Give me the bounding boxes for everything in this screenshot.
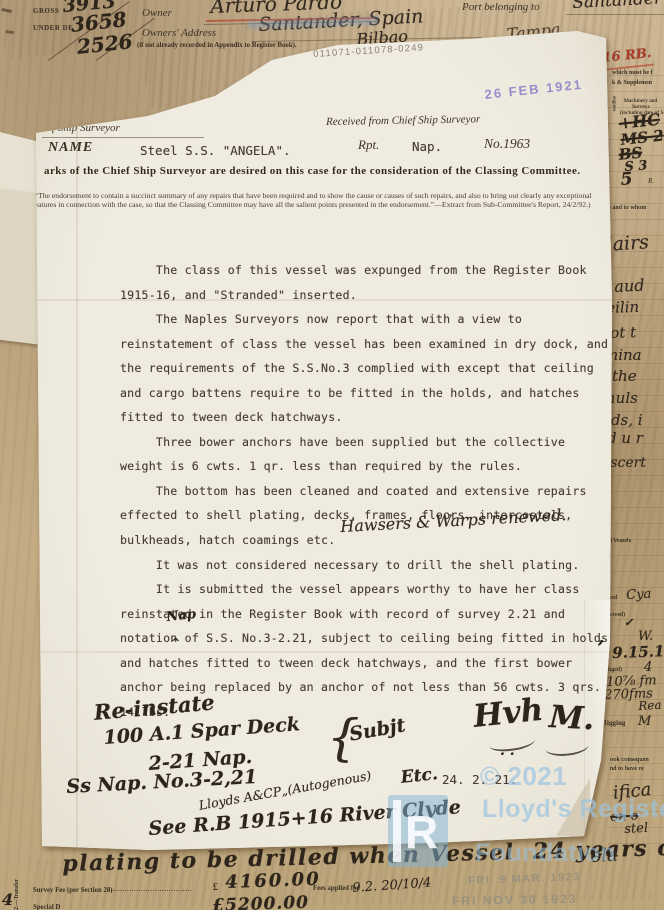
watermark-copyright: © 2021 — [480, 763, 567, 789]
scanned-survey-document: GROSS3913UNDER DE36582526OwnerArturo Par… — [0, 0, 664, 910]
watermark-line2: Foundation — [475, 841, 616, 866]
lloyds-register-logo: R — [388, 795, 448, 867]
watermark: R © 2021 Lloyd's Register Foundation — [0, 0, 664, 910]
logo-letter: R — [405, 805, 438, 859]
logo-bar — [393, 800, 401, 862]
watermark-line1: Lloyd's Register — [482, 797, 664, 822]
